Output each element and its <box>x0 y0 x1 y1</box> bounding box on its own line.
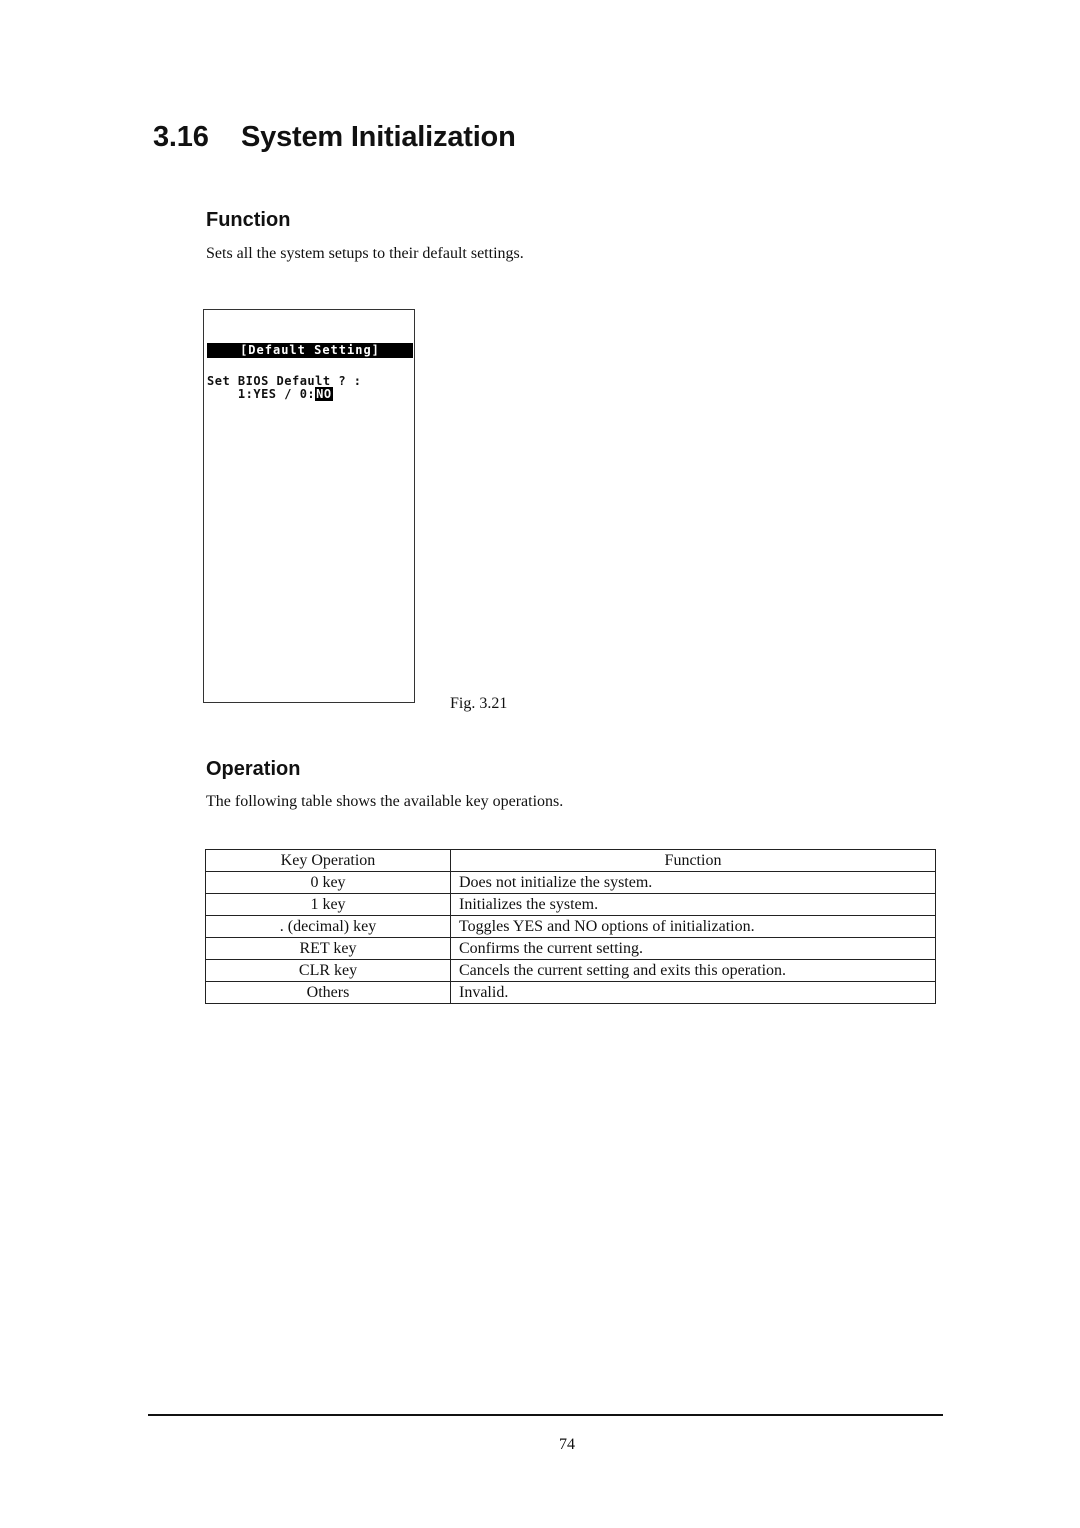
key-operations-table: Key Operation Function 0 key Does not in… <box>205 849 936 1004</box>
function-heading: Function <box>206 209 290 232</box>
lcd-screen-title: [Default Setting] <box>207 343 413 358</box>
lcd-option-prefix: 1:YES / 0: <box>207 387 315 401</box>
lcd-option-line: 1:YES / 0:NO <box>207 388 333 401</box>
section-number: 3.16 <box>153 121 241 154</box>
section-title: 3.16System Initialization <box>153 121 516 154</box>
key-cell: 0 key <box>206 872 451 894</box>
key-cell: RET key <box>206 938 451 960</box>
function-description: Sets all the system setups to their defa… <box>206 245 524 263</box>
section-title-text: System Initialization <box>241 121 516 153</box>
key-cell: 1 key <box>206 894 451 916</box>
function-cell: Cancels the current setting and exits th… <box>451 960 936 982</box>
key-cell: . (decimal) key <box>206 916 451 938</box>
operation-heading: Operation <box>206 758 300 781</box>
key-cell: Others <box>206 982 451 1004</box>
table-row: 0 key Does not initialize the system. <box>206 872 936 894</box>
table-header-row: Key Operation Function <box>206 850 936 872</box>
table-row: Others Invalid. <box>206 982 936 1004</box>
operation-description: The following table shows the available … <box>206 793 563 811</box>
lcd-screen-figure: [Default Setting] Set BIOS Default ? : 1… <box>203 309 415 703</box>
key-cell: CLR key <box>206 960 451 982</box>
header-key-operation: Key Operation <box>206 850 451 872</box>
page-number: 74 <box>0 1436 1080 1454</box>
footer-divider <box>148 1414 943 1416</box>
table-row: 1 key Initializes the system. <box>206 894 936 916</box>
function-cell: Initializes the system. <box>451 894 936 916</box>
table-row: . (decimal) key Toggles YES and NO optio… <box>206 916 936 938</box>
function-cell: Invalid. <box>451 982 936 1004</box>
function-cell: Does not initialize the system. <box>451 872 936 894</box>
header-function: Function <box>451 850 936 872</box>
function-cell: Toggles YES and NO options of initializa… <box>451 916 936 938</box>
lcd-selected-option: NO <box>315 387 332 401</box>
table-row: RET key Confirms the current setting. <box>206 938 936 960</box>
figure-caption: Fig. 3.21 <box>450 695 507 713</box>
function-cell: Confirms the current setting. <box>451 938 936 960</box>
table-row: CLR key Cancels the current setting and … <box>206 960 936 982</box>
